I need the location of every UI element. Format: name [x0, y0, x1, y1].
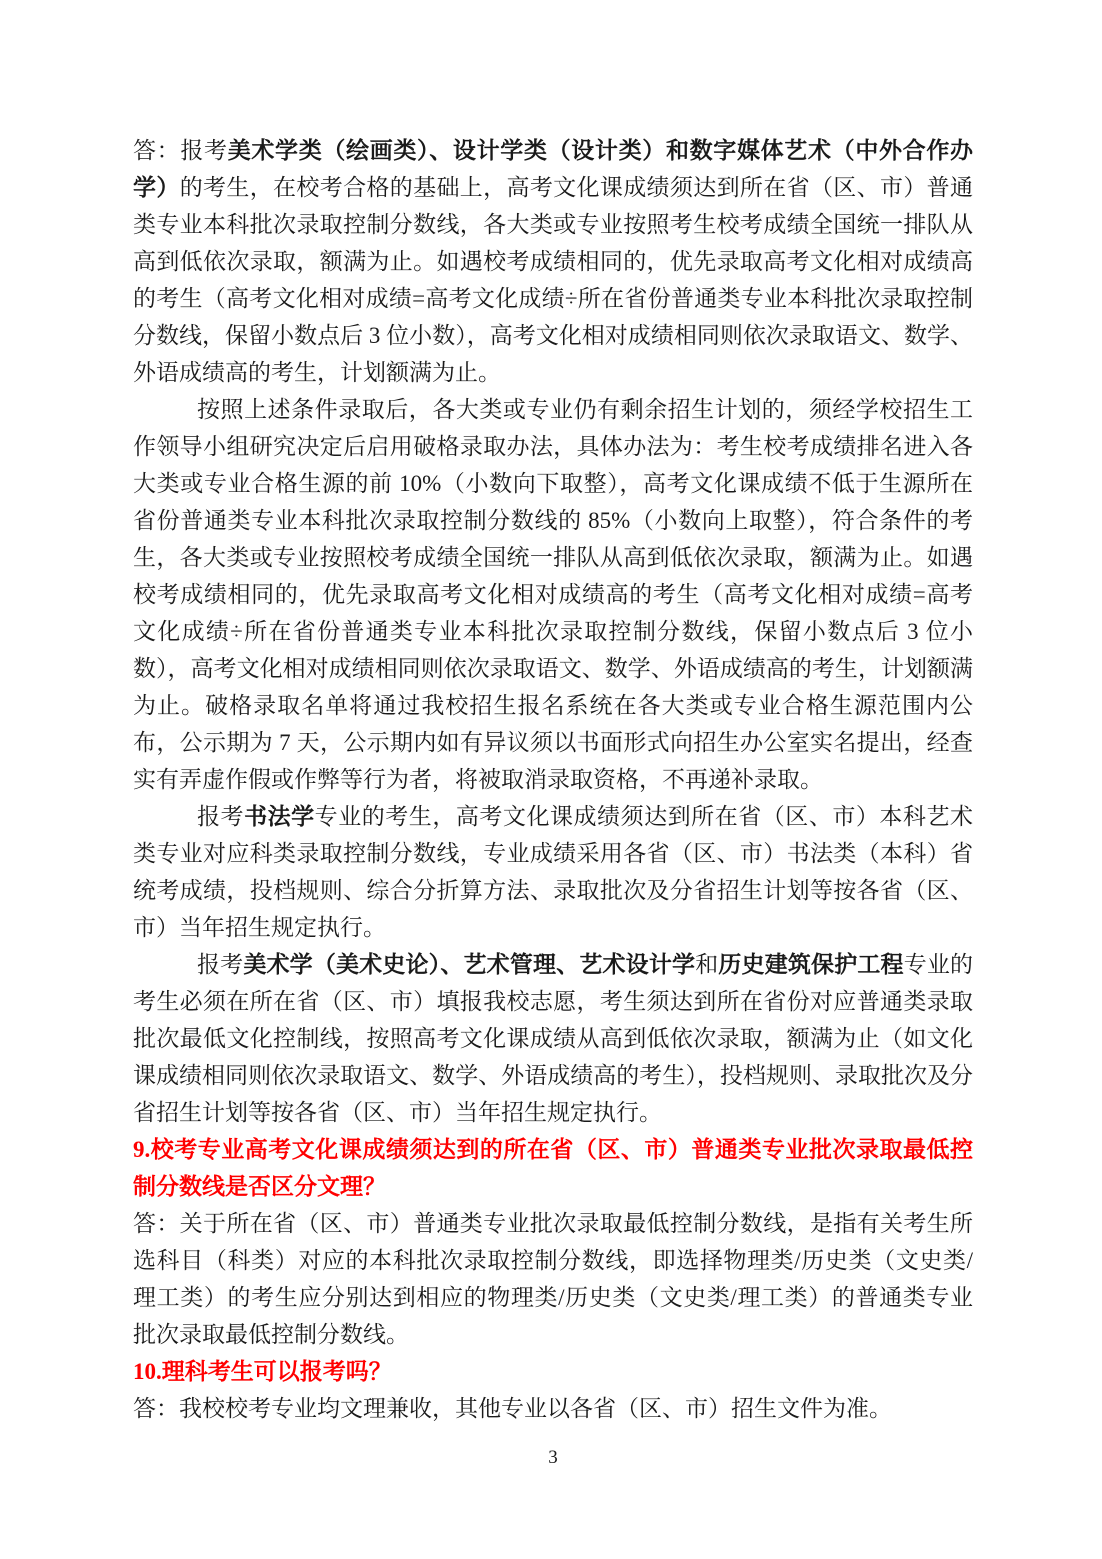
question-9-answer: 答：关于所在省（区、市）普通类专业批次录取最低控制分数线，是指有关考生所选科目（… [133, 1205, 973, 1353]
text-run: 报考 [197, 804, 244, 829]
paragraph-calligraphy-major: 报考书法学专业的考生，高考文化课成绩须达到所在省（区、市）本科艺术类专业对应科类… [133, 798, 973, 946]
content-area: 答：报考美术学类（绘画类）、设计学类（设计类）和数字媒体艺术（中外合作办学）的考… [133, 132, 973, 1427]
paragraph-answer-exam-majors: 答：报考美术学类（绘画类）、设计学类（设计类）和数字媒体艺术（中外合作办学）的考… [133, 132, 973, 391]
bold-calligraphy-major: 书法学 [244, 804, 315, 829]
question-9-heading: 9.校考专业高考文化课成绩须达到的所在省（区、市）普通类专业批次录取最低控制分数… [133, 1131, 973, 1205]
bold-nonexam-major-list: 美术学（美术史论）、艺术管理、艺术设计学 [243, 952, 695, 977]
document-page: 答：报考美术学类（绘画类）、设计学类（设计类）和数字媒体艺术（中外合作办学）的考… [0, 0, 1102, 1559]
text-run: 答：报考 [133, 138, 228, 163]
paragraph-nonexam-majors: 报考美术学（美术史论）、艺术管理、艺术设计学和历史建筑保护工程专业的考生必须在所… [133, 946, 973, 1131]
page-number: 3 [133, 1446, 973, 1470]
bold-heritage-major: 历史建筑保护工程 [718, 952, 903, 977]
question-10-heading: 10.理科考生可以报考吗？ [133, 1353, 973, 1390]
text-run: 的考生，在校考合格的基础上，高考文化课成绩须达到所在省（区、市）普通类专业本科批… [133, 175, 973, 385]
text-run: 专业的考生必须在所在省（区、市）填报我校志愿，考生须达到所在省份对应普通类录取批… [133, 952, 973, 1125]
text-run: 和 [695, 952, 718, 977]
question-10-answer: 答：我校校考专业均文理兼收，其他专业以各省（区、市）招生文件为准。 [133, 1390, 973, 1427]
paragraph-breakthrough-policy: 按照上述条件录取后，各大类或专业仍有剩余招生计划的，须经学校招生工作领导小组研究… [133, 391, 973, 798]
text-run: 报考 [197, 952, 243, 977]
